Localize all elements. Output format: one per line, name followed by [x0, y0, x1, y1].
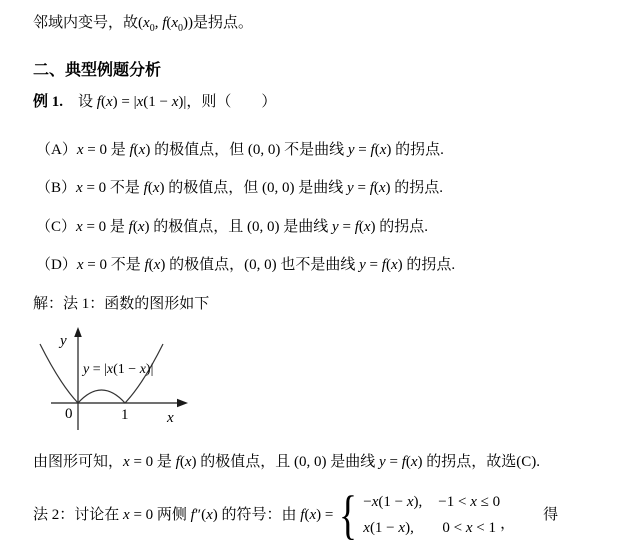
method2-line: 法 2：讨论在 x = 0 两侧 f″(x) 的符号：由 f(x) = { −x… [33, 486, 558, 544]
case1-expression: −x(1 − x), [363, 491, 422, 513]
x-tick-1-label: 1 [121, 407, 129, 423]
option-c: （C）x = 0 是 f(x) 的极值点，且 (0, 0) 是曲线 y = f(… [36, 216, 428, 238]
x-axis-arrow-icon [177, 399, 188, 407]
option-b: （B）x = 0 不是 f(x) 的极值点，但 (0, 0) 是曲线 y = f… [36, 177, 443, 199]
comma-after-cases: ， [500, 513, 515, 535]
left-brace: { [339, 491, 357, 540]
document-page: { "doc": { "intro": [ {"c":"cn","t":"邻域内… [0, 0, 629, 549]
option-a: （A）x = 0 是 f(x) 的极值点，但 (0, 0) 不是曲线 y = f… [36, 139, 444, 161]
x-axis-label: x [166, 410, 174, 426]
case2-expression: x(1 − x), [363, 517, 422, 539]
case1-condition: −1 < x ≤ 0 [438, 491, 500, 513]
method2-lead: 法 2：讨论在 x = 0 两侧 f″(x) 的符号：由 f(x) = [33, 504, 333, 526]
graph-equation-label: y = |x(1 − x)| [83, 362, 153, 378]
example-statement: 例 1. 设 f(x) = |x(1 − x)|，则（ ） [33, 91, 276, 113]
function-graph: y x 0 1 y = |x(1 − x)| [35, 326, 205, 438]
y-axis-label: y [58, 333, 67, 349]
section-heading: 二、典型例题分析 [33, 60, 161, 82]
intro-line: 邻域内变号，故(x0, f(x0))是拐点。 [33, 12, 253, 36]
graph-canvas: y x 0 1 [35, 326, 205, 438]
y-axis-arrow-icon [74, 327, 82, 337]
origin-label: 0 [65, 406, 73, 422]
piecewise-definition: { −x(1 − x), −1 < x ≤ 0 x(1 − x), 0 < x … [335, 491, 500, 540]
piecewise-cases: −x(1 − x), −1 < x ≤ 0 x(1 − x), 0 < x < … [363, 491, 500, 539]
conclusion-line: 由图形可知，x = 0 是 f(x) 的极值点，且 (0, 0) 是曲线 y =… [33, 451, 540, 473]
method2-tail: 得 [543, 504, 558, 526]
solution-method1-line: 解：法 1：函数的图形如下 [33, 293, 209, 315]
option-d: （D）x = 0 不是 f(x) 的极值点，(0, 0) 也不是曲线 y = f… [36, 254, 455, 276]
case2-condition: 0 < x < 1 [438, 517, 500, 539]
